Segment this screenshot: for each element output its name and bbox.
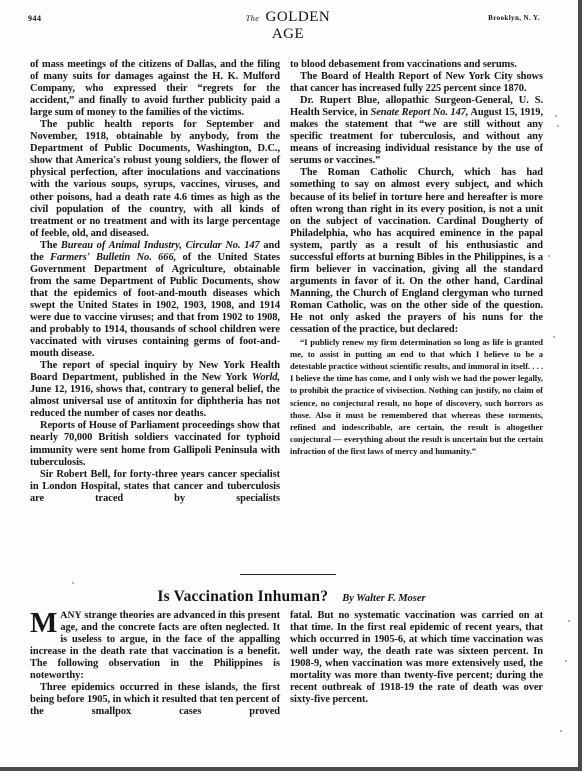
paragraph: Sir Robert Bell, for forty-three years c… — [30, 469, 280, 505]
paragraph: The Bureau of Animal Industry, Circular … — [30, 240, 280, 360]
scan-speck — [568, 620, 570, 622]
scan-speck — [553, 336, 555, 338]
article-byline: By Walter F. Moser — [342, 593, 425, 604]
paragraph: The report of special inquiry by New Yor… — [30, 360, 280, 420]
article-header: Is Vaccination Inhuman? By Walter F. Mos… — [0, 588, 583, 606]
paragraph: to blood debasement from vaccinations an… — [290, 59, 543, 71]
paragraph: Reports of House of Parliament proceedin… — [30, 420, 280, 468]
article-left-column: MANY strange theories are advanced in th… — [30, 610, 280, 718]
block-quote: “I publicly renew my firm determination … — [290, 336, 543, 457]
lead-paragraph: MANY strange theories are advanced in th… — [30, 610, 280, 682]
masthead-title: GOLDEN AGE — [266, 9, 331, 42]
scan-speck — [565, 660, 567, 662]
italic-citation: World, — [252, 372, 280, 383]
paragraph: Dr. Rupert Blue, allopathic Surgeon-Gene… — [290, 95, 543, 167]
scan-speck — [560, 730, 562, 732]
publication-place: Brooklyn, N. Y. — [488, 14, 540, 22]
scanned-page: 944 The GOLDEN AGE Brooklyn, N. Y. of ma… — [0, 0, 582, 771]
paragraph: The Board of Health Report of New York C… — [290, 71, 543, 95]
paragraph: fatal. But no systematic vaccination was… — [290, 610, 543, 706]
scan-speck — [557, 125, 559, 127]
paragraph: of mass meetings of the citizens of Dall… — [30, 59, 280, 119]
italic-citation: Senate Report No. 147, — [370, 107, 468, 118]
scan-speck — [72, 582, 74, 584]
article-right-column: fatal. But no systematic vaccination was… — [290, 610, 543, 706]
scan-speck — [555, 115, 557, 117]
text-run: The report of special inquiry by New Yor… — [30, 360, 280, 383]
paragraph: The Roman Catholic Church, which has had… — [290, 167, 543, 336]
text-run: of the United States Government Departme… — [30, 252, 280, 359]
section-divider-rule — [240, 574, 336, 575]
masthead: The GOLDEN AGE — [228, 9, 348, 43]
page-number: 944 — [28, 14, 42, 23]
article-title: Is Vaccination Inhuman? — [157, 588, 328, 605]
drop-cap: M — [30, 611, 57, 635]
text-run: The — [40, 240, 61, 251]
paragraph: Three epidemics occurred in these island… — [30, 682, 280, 718]
left-column-top: of mass meetings of the citizens of Dall… — [30, 59, 280, 505]
italic-citation: Farmers' Bulletin No. 666, — [50, 252, 176, 263]
running-head: 944 The GOLDEN AGE Brooklyn, N. Y. — [28, 12, 540, 26]
lead-caps: ANY — [60, 610, 81, 621]
text-run: June 12, 1916, shows that, contrary to g… — [30, 384, 280, 419]
masthead-the: The — [246, 14, 260, 23]
scan-speck — [548, 255, 550, 257]
right-column-top: to blood debasement from vaccinations an… — [290, 59, 543, 457]
italic-citation: Bureau of Animal Industry, Circular No. … — [61, 240, 260, 251]
paragraph: The public health reports for September … — [30, 119, 280, 239]
